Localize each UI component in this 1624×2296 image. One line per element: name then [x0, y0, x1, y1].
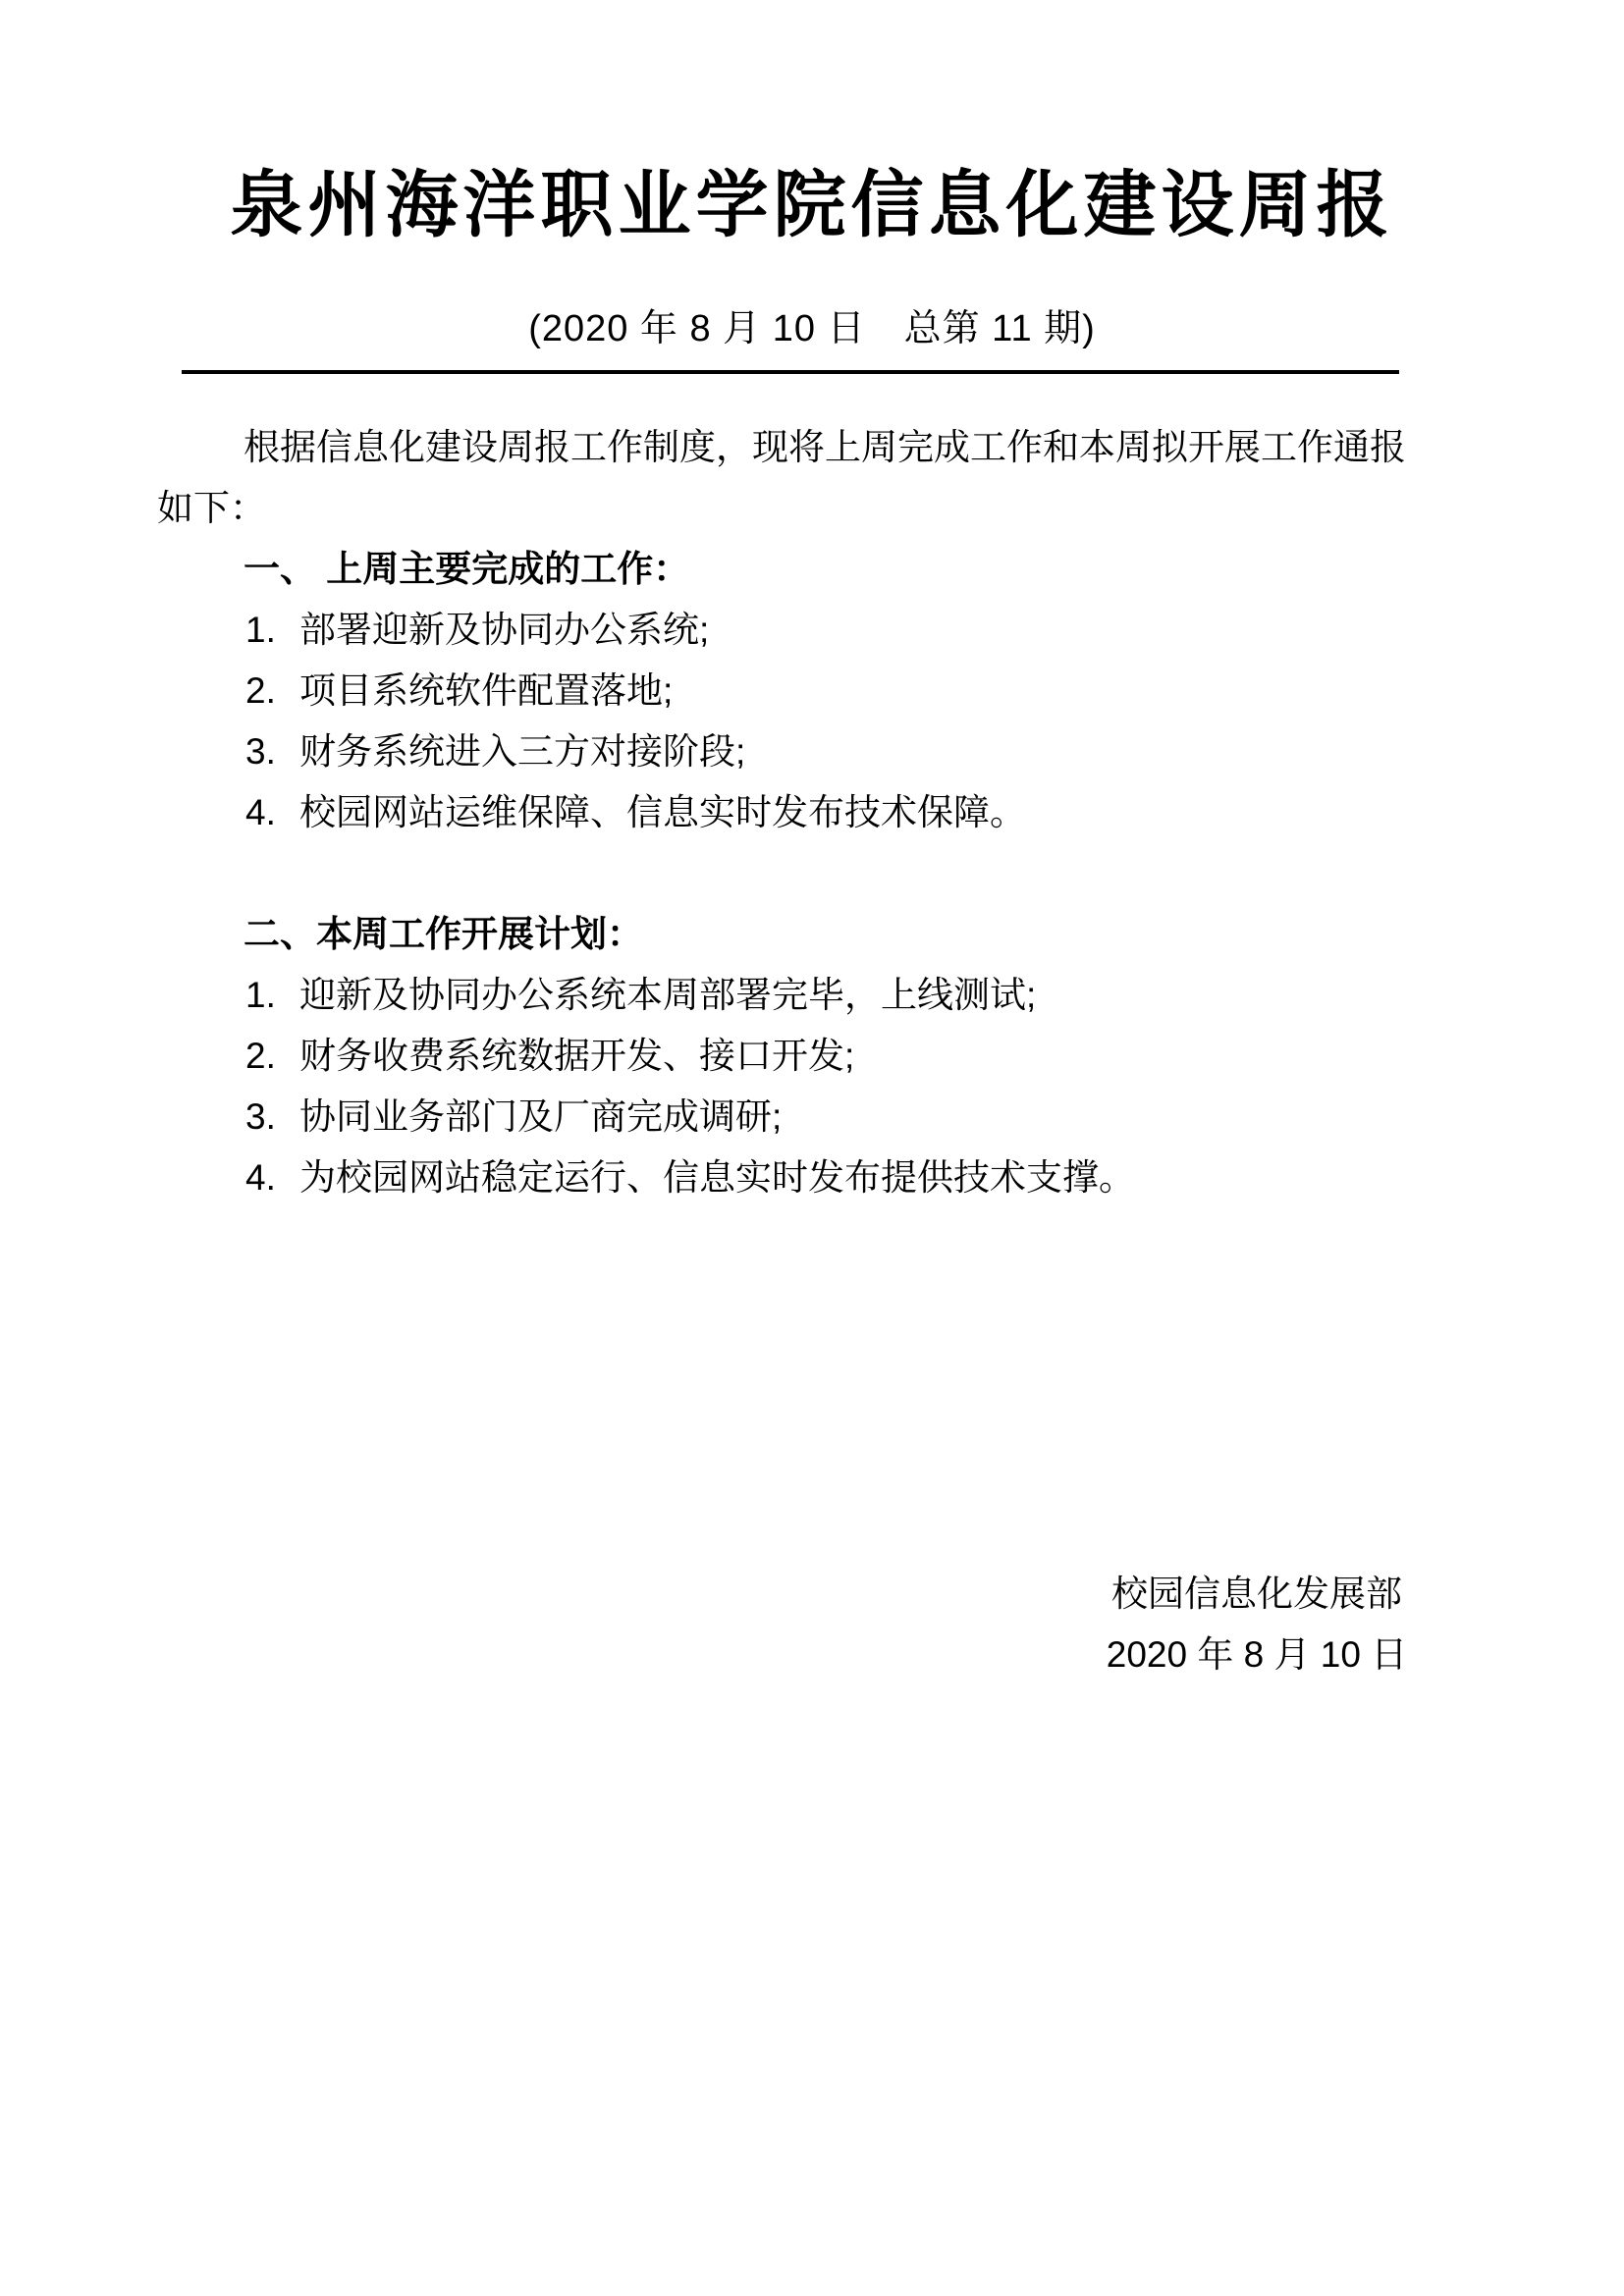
intro-paragraph-line-2: 如下：: [157, 478, 1419, 539]
item-number: 2.: [245, 1026, 299, 1087]
item-text: 为校园网站稳定运行、信息实时发布提供技术支撑。: [299, 1157, 1135, 1198]
section-2-item-3: 3.协同业务部门及厂商完成调研;: [157, 1087, 1419, 1148]
document-page: 泉州海洋职业学院信息化建设周报 (2020 年 8 月 10 日 总第 11 期…: [0, 0, 1624, 2296]
section-1-heading: 一、 上周主要完成的工作：: [157, 539, 1419, 600]
item-number: 4.: [245, 782, 299, 843]
item-text: 校园网站运维保障、信息实时发布技术保障。: [299, 792, 1026, 832]
item-text: 项目系统软件配置落地;: [299, 670, 673, 711]
section-1-item-3: 3.财务系统进入三方对接阶段;: [157, 721, 1419, 782]
section-1-item-1: 1.部署迎新及协同办公系统;: [157, 600, 1419, 661]
section-gap: [157, 843, 1419, 904]
item-number: 3.: [245, 721, 299, 782]
item-text: 协同业务部门及厂商完成调研;: [299, 1096, 782, 1137]
signature-department: 校园信息化发展部: [1031, 1564, 1483, 1625]
item-text: 迎新及协同办公系统本周部署完毕，上线测试;: [299, 975, 1036, 1015]
document-body: 根据信息化建设周报工作制度，现将上周完成工作和本周拟开展工作通报 如下： 一、 …: [157, 417, 1419, 1208]
item-number: 3.: [245, 1087, 299, 1148]
item-text: 部署迎新及协同办公系统;: [299, 610, 709, 650]
intro-paragraph-line-1: 根据信息化建设周报工作制度，现将上周完成工作和本周拟开展工作通报: [157, 417, 1419, 478]
item-number: 2.: [245, 661, 299, 721]
section-1-item-2: 2.项目系统软件配置落地;: [157, 661, 1419, 721]
signature-block: 校园信息化发展部 2020 年 8 月 10 日: [1031, 1564, 1483, 1685]
section-2-item-1: 1.迎新及协同办公系统本周部署完毕，上线测试;: [157, 965, 1419, 1026]
title-divider-rule: [182, 370, 1399, 374]
section-2-heading: 二、本周工作开展计划：: [157, 904, 1419, 965]
section-2-item-2: 2.财务收费系统数据开发、接口开发;: [157, 1026, 1419, 1087]
item-number: 1.: [245, 600, 299, 661]
section-2-item-4: 4.为校园网站稳定运行、信息实时发布提供技术支撑。: [157, 1148, 1419, 1208]
page-title: 泉州海洋职业学院信息化建设周报: [0, 163, 1624, 246]
section-1-item-4: 4.校园网站运维保障、信息实时发布技术保障。: [157, 782, 1419, 843]
item-text: 财务系统进入三方对接阶段;: [299, 731, 745, 772]
item-number: 1.: [245, 965, 299, 1026]
item-text: 财务收费系统数据开发、接口开发;: [299, 1036, 854, 1076]
page-subtitle: (2020 年 8 月 10 日 总第 11 期): [0, 297, 1624, 351]
signature-date: 2020 年 8 月 10 日: [1031, 1625, 1483, 1685]
item-number: 4.: [245, 1148, 299, 1208]
